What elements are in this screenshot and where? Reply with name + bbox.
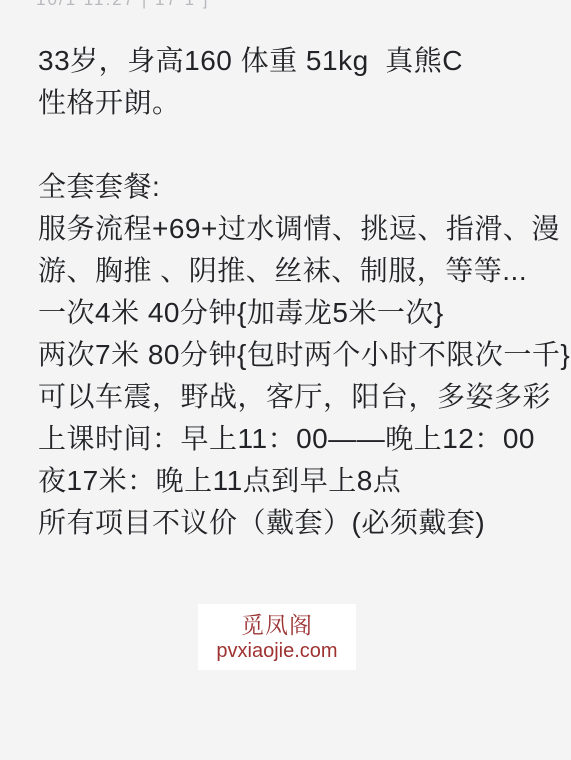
body-text-block: 33岁，身高160 体重 51kg 真熊C 性格开朗。 全套套餐: 服务流程+6… bbox=[38, 40, 551, 544]
watermark-box: 觅凤阁 pvxiaojie.com bbox=[198, 604, 356, 670]
watermark-title: 觅凤阁 bbox=[241, 611, 313, 639]
text-line: 服务流程+69+过水调情、挑逗、指滑、漫 bbox=[38, 208, 551, 250]
text-line: 性格开朗。 bbox=[38, 82, 551, 124]
text-line: 夜17米：晚上11点到早上8点 bbox=[38, 460, 551, 502]
text-line: 两次7米 80分钟{包时两个小时不限次一千} bbox=[38, 334, 551, 376]
watermark-url: pvxiaojie.com bbox=[216, 639, 337, 663]
text-line-blank bbox=[38, 124, 551, 166]
text-line: 所有项目不议价（戴套）(必须戴套) bbox=[38, 502, 551, 544]
text-line: 33岁，身高160 体重 51kg 真熊C bbox=[38, 40, 551, 82]
clipped-timestamp-text: 10/1 11:27 | 17 1 ] bbox=[36, 0, 210, 10]
text-line: 上课时间：早上11：00——晚上12：00 bbox=[38, 418, 551, 460]
screenshot-page: 10/1 11:27 | 17 1 ] 33岁，身高160 体重 51kg 真熊… bbox=[0, 0, 571, 760]
text-line: 可以车震，野战，客厅，阳台，多姿多彩 bbox=[38, 376, 551, 418]
text-line: 一次4米 40分钟{加毒龙5米一次} bbox=[38, 292, 551, 334]
text-line: 游、胸推 、阴推、丝袜、制服，等等... bbox=[38, 250, 551, 292]
text-line: 全套套餐: bbox=[38, 166, 551, 208]
